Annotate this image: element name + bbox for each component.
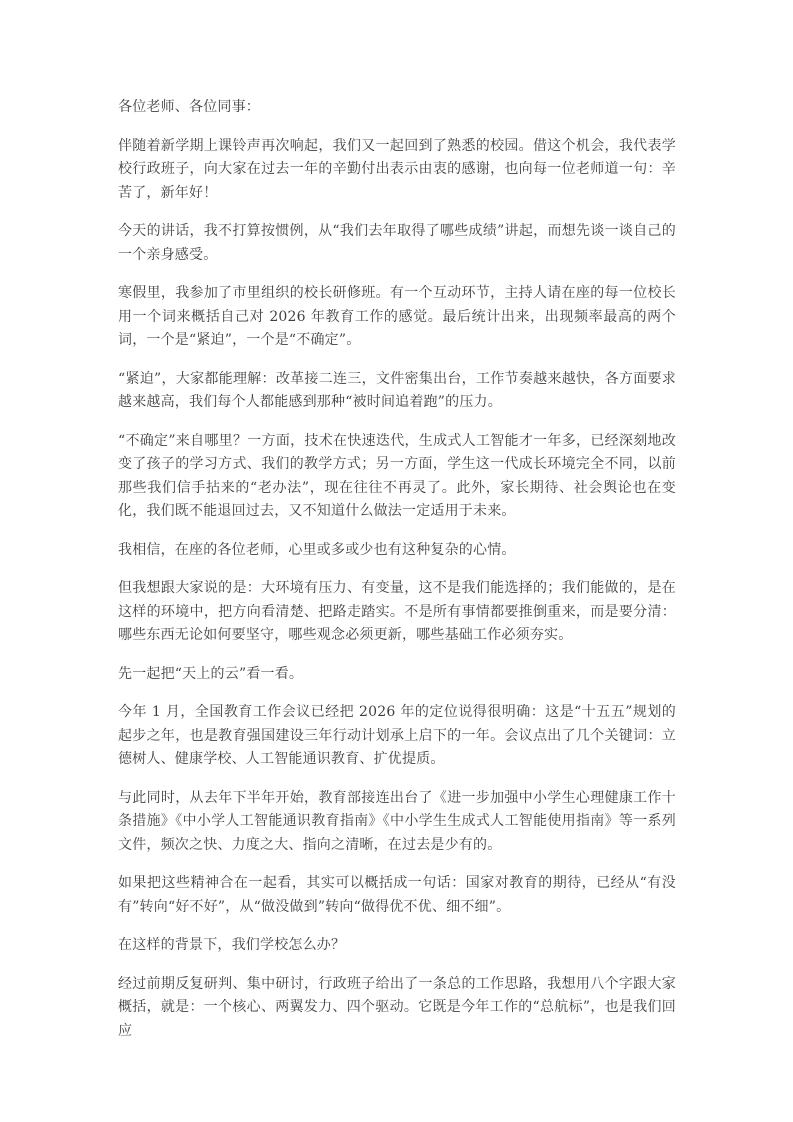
paragraph: 经过前期反复研判、集中研讨，行政班子给出了一条总的工作思路，我想用八个字跟大家概… [118,973,676,1044]
paragraph: “不确定”来自哪里？一方面，技术在快速迭代，生成式人工智能才一年多，已经深刻地改… [118,430,676,524]
paragraph: 我相信，在座的各位老师，心里或多或少也有这种复杂的心情。 [118,539,676,563]
paragraph: 今年 1 月，全国教育工作会议已经把 2026 年的定位说得很明确：这是“十五五… [118,701,676,772]
document-page: 各位老师、各位同事： 伴随着新学期上课铃声再次响起，我们又一起回到了熟悉的校园。… [0,0,793,1122]
paragraph: 但我想跟大家说的是：大环境有压力、有变量，这不是我们能选择的；我们能做的，是在这… [118,577,676,648]
paragraph: 在这样的背景下，我们学校怎么办？ [118,934,676,958]
paragraph: 寒假里，我参加了市里组织的校长研修班。有一个互动环节，主持人请在座的每一位校长用… [118,282,676,353]
paragraph: 先一起把“天上的云”看一看。 [118,663,676,687]
paragraph: 伴随着新学期上课铃声再次响起，我们又一起回到了熟悉的校园。借这个机会，我代表学校… [118,135,676,206]
paragraph: 如果把这些精神合在一起看，其实可以概括成一句话：国家对教育的期待，已经从“有没有… [118,872,676,919]
paragraph: 今天的讲话，我不打算按惯例，从“我们去年取得了哪些成绩”讲起，而想先谈一谈自己的… [118,220,676,267]
paragraph: 与此同时，从去年下半年开始，教育部接连出台了《进一步加强中小学生心理健康工作十条… [118,787,676,858]
paragraph: “紧迫”，大家都能理解：改革接二连三，文件密集出台，工作节奏越来越快，各方面要求… [118,368,676,415]
salutation-line: 各位老师、各位同事： [118,96,676,120]
